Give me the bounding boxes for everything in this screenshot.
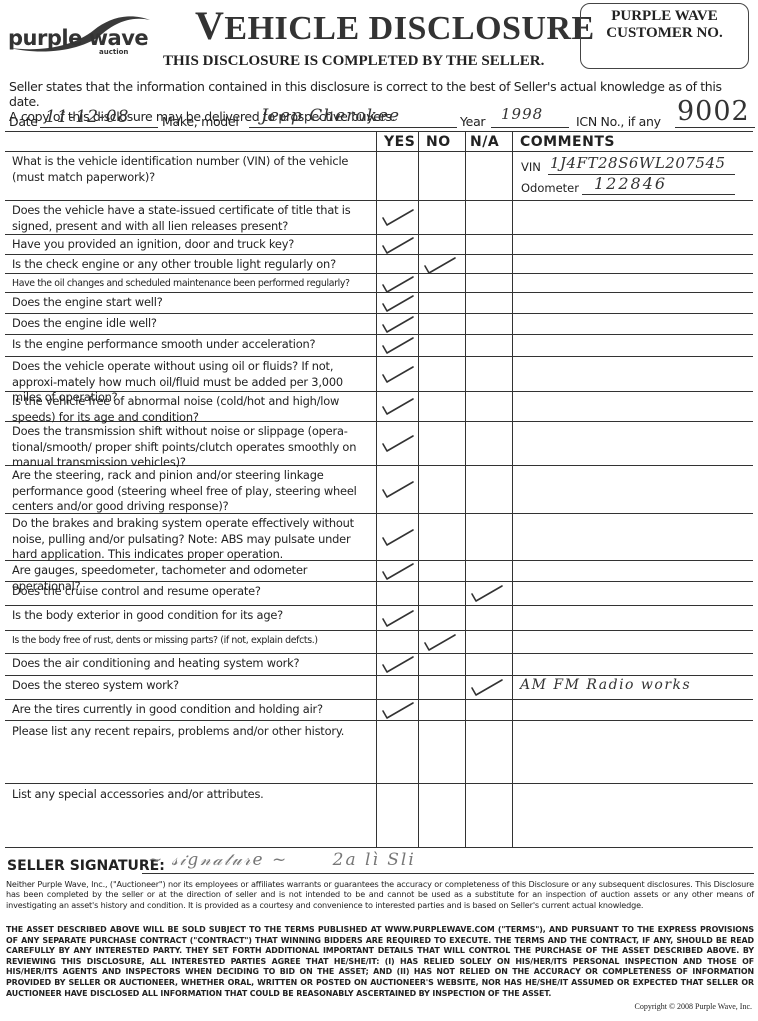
- answer-cell-na[interactable]: [466, 293, 511, 312]
- checkmark-icon: [381, 608, 415, 628]
- odometer-label: Odometer: [521, 181, 579, 195]
- checkmark-icon: [381, 479, 415, 499]
- answer-cell-no[interactable]: [419, 357, 464, 390]
- question-text: What is the vehicle identification numbe…: [12, 154, 372, 185]
- checkmark-icon: [470, 583, 504, 603]
- comment-cell[interactable]: [514, 631, 752, 652]
- answer-cell-no[interactable]: [419, 466, 464, 512]
- comment-cell[interactable]: [514, 514, 752, 559]
- answer-cell-na[interactable]: [466, 314, 511, 333]
- answer-cell-no[interactable]: [419, 654, 464, 674]
- checkmark-icon: [423, 255, 457, 275]
- disclosure-table: YESNON/ACOMMENTSWhat is the vehicle iden…: [0, 0, 758, 860]
- answer-cell-yes[interactable]: [377, 721, 417, 782]
- answer-cell-na[interactable]: [466, 235, 511, 253]
- comment-cell[interactable]: [514, 335, 752, 355]
- answer-cell-na[interactable]: [466, 274, 511, 291]
- question-text: Have the oil changes and scheduled maint…: [12, 276, 372, 292]
- checkmark-icon: [381, 364, 415, 384]
- answer-cell-yes[interactable]: [377, 582, 417, 604]
- answer-cell-no[interactable]: [419, 274, 464, 291]
- comment-cell[interactable]: [514, 561, 752, 580]
- comment-cell[interactable]: [514, 784, 752, 846]
- copyright-text: Copyright © 2008 Purple Wave, Inc.: [635, 1002, 753, 1011]
- answer-cell-no[interactable]: [419, 606, 464, 629]
- comment-cell[interactable]: [514, 466, 752, 512]
- question-text: Does the engine idle well?: [12, 316, 372, 332]
- comment-cell[interactable]: [514, 422, 752, 464]
- answer-cell-na[interactable]: [466, 466, 511, 512]
- vin-label: VIN: [521, 160, 541, 174]
- comment-cell[interactable]: [514, 700, 752, 719]
- question-text: Does the cruise control and resume opera…: [12, 584, 372, 600]
- question-text: Please list any recent repairs, problems…: [12, 724, 372, 740]
- checkmark-icon: [470, 677, 504, 697]
- comment-value: AM FM Radio works: [520, 677, 691, 693]
- checkmark-icon: [381, 561, 415, 581]
- seller-signature-label: SELLER SIGNATURE:: [7, 858, 165, 874]
- column-header-na: N/A: [470, 134, 499, 150]
- question-text: Does the vehicle have a state-issued cer…: [12, 203, 372, 234]
- answer-cell-na[interactable]: [466, 152, 511, 199]
- question-text: Does the engine start well?: [12, 295, 372, 311]
- question-text: Are the tires currently in good conditio…: [12, 702, 372, 718]
- answer-cell-na[interactable]: [466, 561, 511, 580]
- answer-cell-yes[interactable]: [377, 631, 417, 652]
- answer-cell-na[interactable]: [466, 357, 511, 390]
- comment-cell[interactable]: [514, 274, 752, 291]
- answer-cell-na[interactable]: [466, 631, 511, 652]
- row-divider: [5, 847, 753, 848]
- comment-cell[interactable]: [514, 392, 752, 420]
- answer-cell-no[interactable]: [419, 721, 464, 782]
- answer-cell-no[interactable]: [419, 582, 464, 604]
- comment-cell[interactable]: [514, 357, 752, 390]
- answer-cell-na[interactable]: [466, 335, 511, 355]
- answer-cell-na[interactable]: [466, 201, 511, 233]
- comment-cell[interactable]: [514, 201, 752, 233]
- answer-cell-na[interactable]: [466, 700, 511, 719]
- question-text: List any special accessories and/or attr…: [12, 787, 372, 803]
- checkmark-icon: [423, 632, 457, 652]
- disclaimer-text: Neither Purple Wave, Inc., ("Auctioneer"…: [6, 879, 754, 910]
- answer-cell-no[interactable]: [419, 152, 464, 199]
- question-text: Is the body free of rust, dents or missi…: [12, 633, 372, 649]
- checkmark-icon: [381, 396, 415, 416]
- answer-cell-no[interactable]: [419, 201, 464, 233]
- checkmark-icon: [381, 235, 415, 255]
- answer-cell-na[interactable]: [466, 514, 511, 559]
- answer-cell-no[interactable]: [419, 422, 464, 464]
- question-text: Do the brakes and braking system operate…: [12, 516, 372, 563]
- checkmark-icon: [381, 700, 415, 720]
- checkmark-icon: [381, 527, 415, 547]
- question-text: Does the air conditioning and heating sy…: [12, 656, 372, 672]
- column-header-comments: COMMENTS: [520, 134, 615, 150]
- question-text: Is the body exterior in good condition f…: [12, 608, 372, 624]
- answer-cell-na[interactable]: [466, 784, 511, 846]
- column-header-yes: YES: [384, 134, 415, 150]
- question-text: Does the stereo system work?: [12, 678, 372, 694]
- comment-cell[interactable]: [514, 654, 752, 674]
- answer-cell-no[interactable]: [419, 235, 464, 253]
- answer-cell-na[interactable]: [466, 721, 511, 782]
- answer-cell-yes[interactable]: [377, 152, 417, 199]
- answer-cell-na[interactable]: [466, 392, 511, 420]
- answer-cell-na[interactable]: [466, 654, 511, 674]
- question-text: Is the engine performance smooth under a…: [12, 337, 372, 353]
- checkmark-icon: [381, 274, 415, 294]
- comment-cell[interactable]: [514, 314, 752, 333]
- answer-cell-yes[interactable]: [377, 255, 417, 272]
- checkmark-icon: [381, 293, 415, 313]
- answer-cell-yes[interactable]: [377, 784, 417, 846]
- comment-cell[interactable]: [514, 255, 752, 272]
- comment-cell[interactable]: [514, 721, 752, 782]
- odometer-field[interactable]: [582, 194, 735, 195]
- answer-cell-no[interactable]: [419, 676, 464, 698]
- comment-cell[interactable]: [514, 293, 752, 312]
- answer-cell-no[interactable]: [419, 561, 464, 580]
- column-header-no: NO: [426, 134, 451, 150]
- answer-cell-na[interactable]: [466, 606, 511, 629]
- answer-cell-na[interactable]: [466, 255, 511, 272]
- answer-cell-no[interactable]: [419, 514, 464, 559]
- comment-cell[interactable]: [514, 582, 752, 604]
- seller-signature-value: ~ 𝓈𝒾𝑔𝓃𝒶𝓉𝓊𝓇𝑒 ~ 2a lì Sli: [148, 850, 416, 870]
- question-text: Have you provided an ignition, door and …: [12, 237, 372, 253]
- answer-cell-no[interactable]: [419, 700, 464, 719]
- comment-cell[interactable]: [514, 235, 752, 253]
- comment-cell[interactable]: [514, 606, 752, 629]
- answer-cell-yes[interactable]: [377, 676, 417, 698]
- vin-value: 1J4FT28S6WL207545: [550, 154, 726, 172]
- checkmark-icon: [381, 433, 415, 453]
- answer-cell-no[interactable]: [419, 314, 464, 333]
- seller-signature-field[interactable]: [142, 873, 754, 874]
- checkmark-icon: [381, 335, 415, 355]
- table-top-border: [5, 131, 753, 132]
- question-text: Does the transmission shift without nois…: [12, 424, 372, 471]
- answer-cell-no[interactable]: [419, 784, 464, 846]
- question-text: Is the check engine or any other trouble…: [12, 257, 372, 273]
- answer-cell-no[interactable]: [419, 392, 464, 420]
- checkmark-icon: [381, 654, 415, 674]
- answer-cell-na[interactable]: [466, 422, 511, 464]
- legal-terms-text: THE ASSET DESCRIBED ABOVE WILL BE SOLD S…: [6, 925, 754, 999]
- answer-cell-no[interactable]: [419, 335, 464, 355]
- odometer-value: 122846: [594, 174, 667, 193]
- checkmark-icon: [381, 314, 415, 334]
- checkmark-icon: [381, 207, 415, 227]
- answer-cell-no[interactable]: [419, 293, 464, 312]
- question-text: Are the steering, rack and pinion and/or…: [12, 468, 372, 515]
